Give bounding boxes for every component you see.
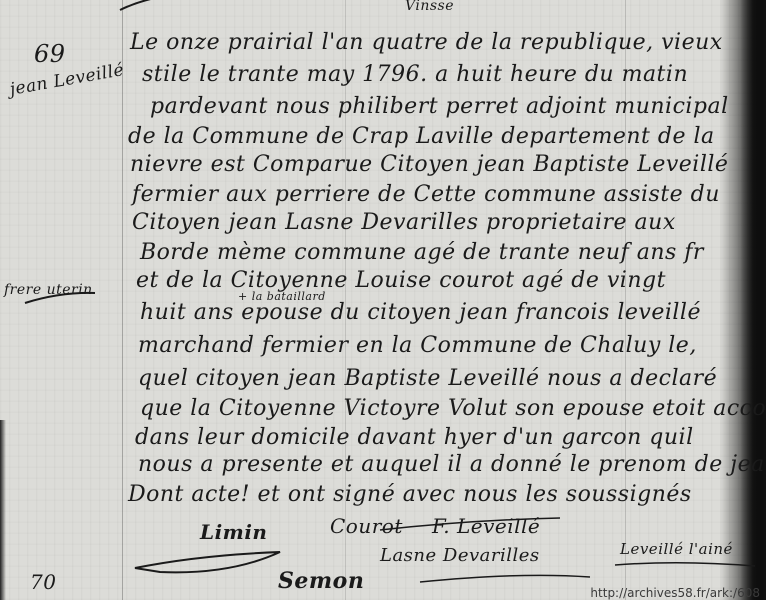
pen-flourishes bbox=[0, 0, 766, 600]
scanned-register-page: Vinsse 69 jean Leveillé frere uterin 70 … bbox=[0, 0, 766, 600]
archive-url-watermark: http://archives58.fr/ark:/608 bbox=[590, 586, 760, 600]
